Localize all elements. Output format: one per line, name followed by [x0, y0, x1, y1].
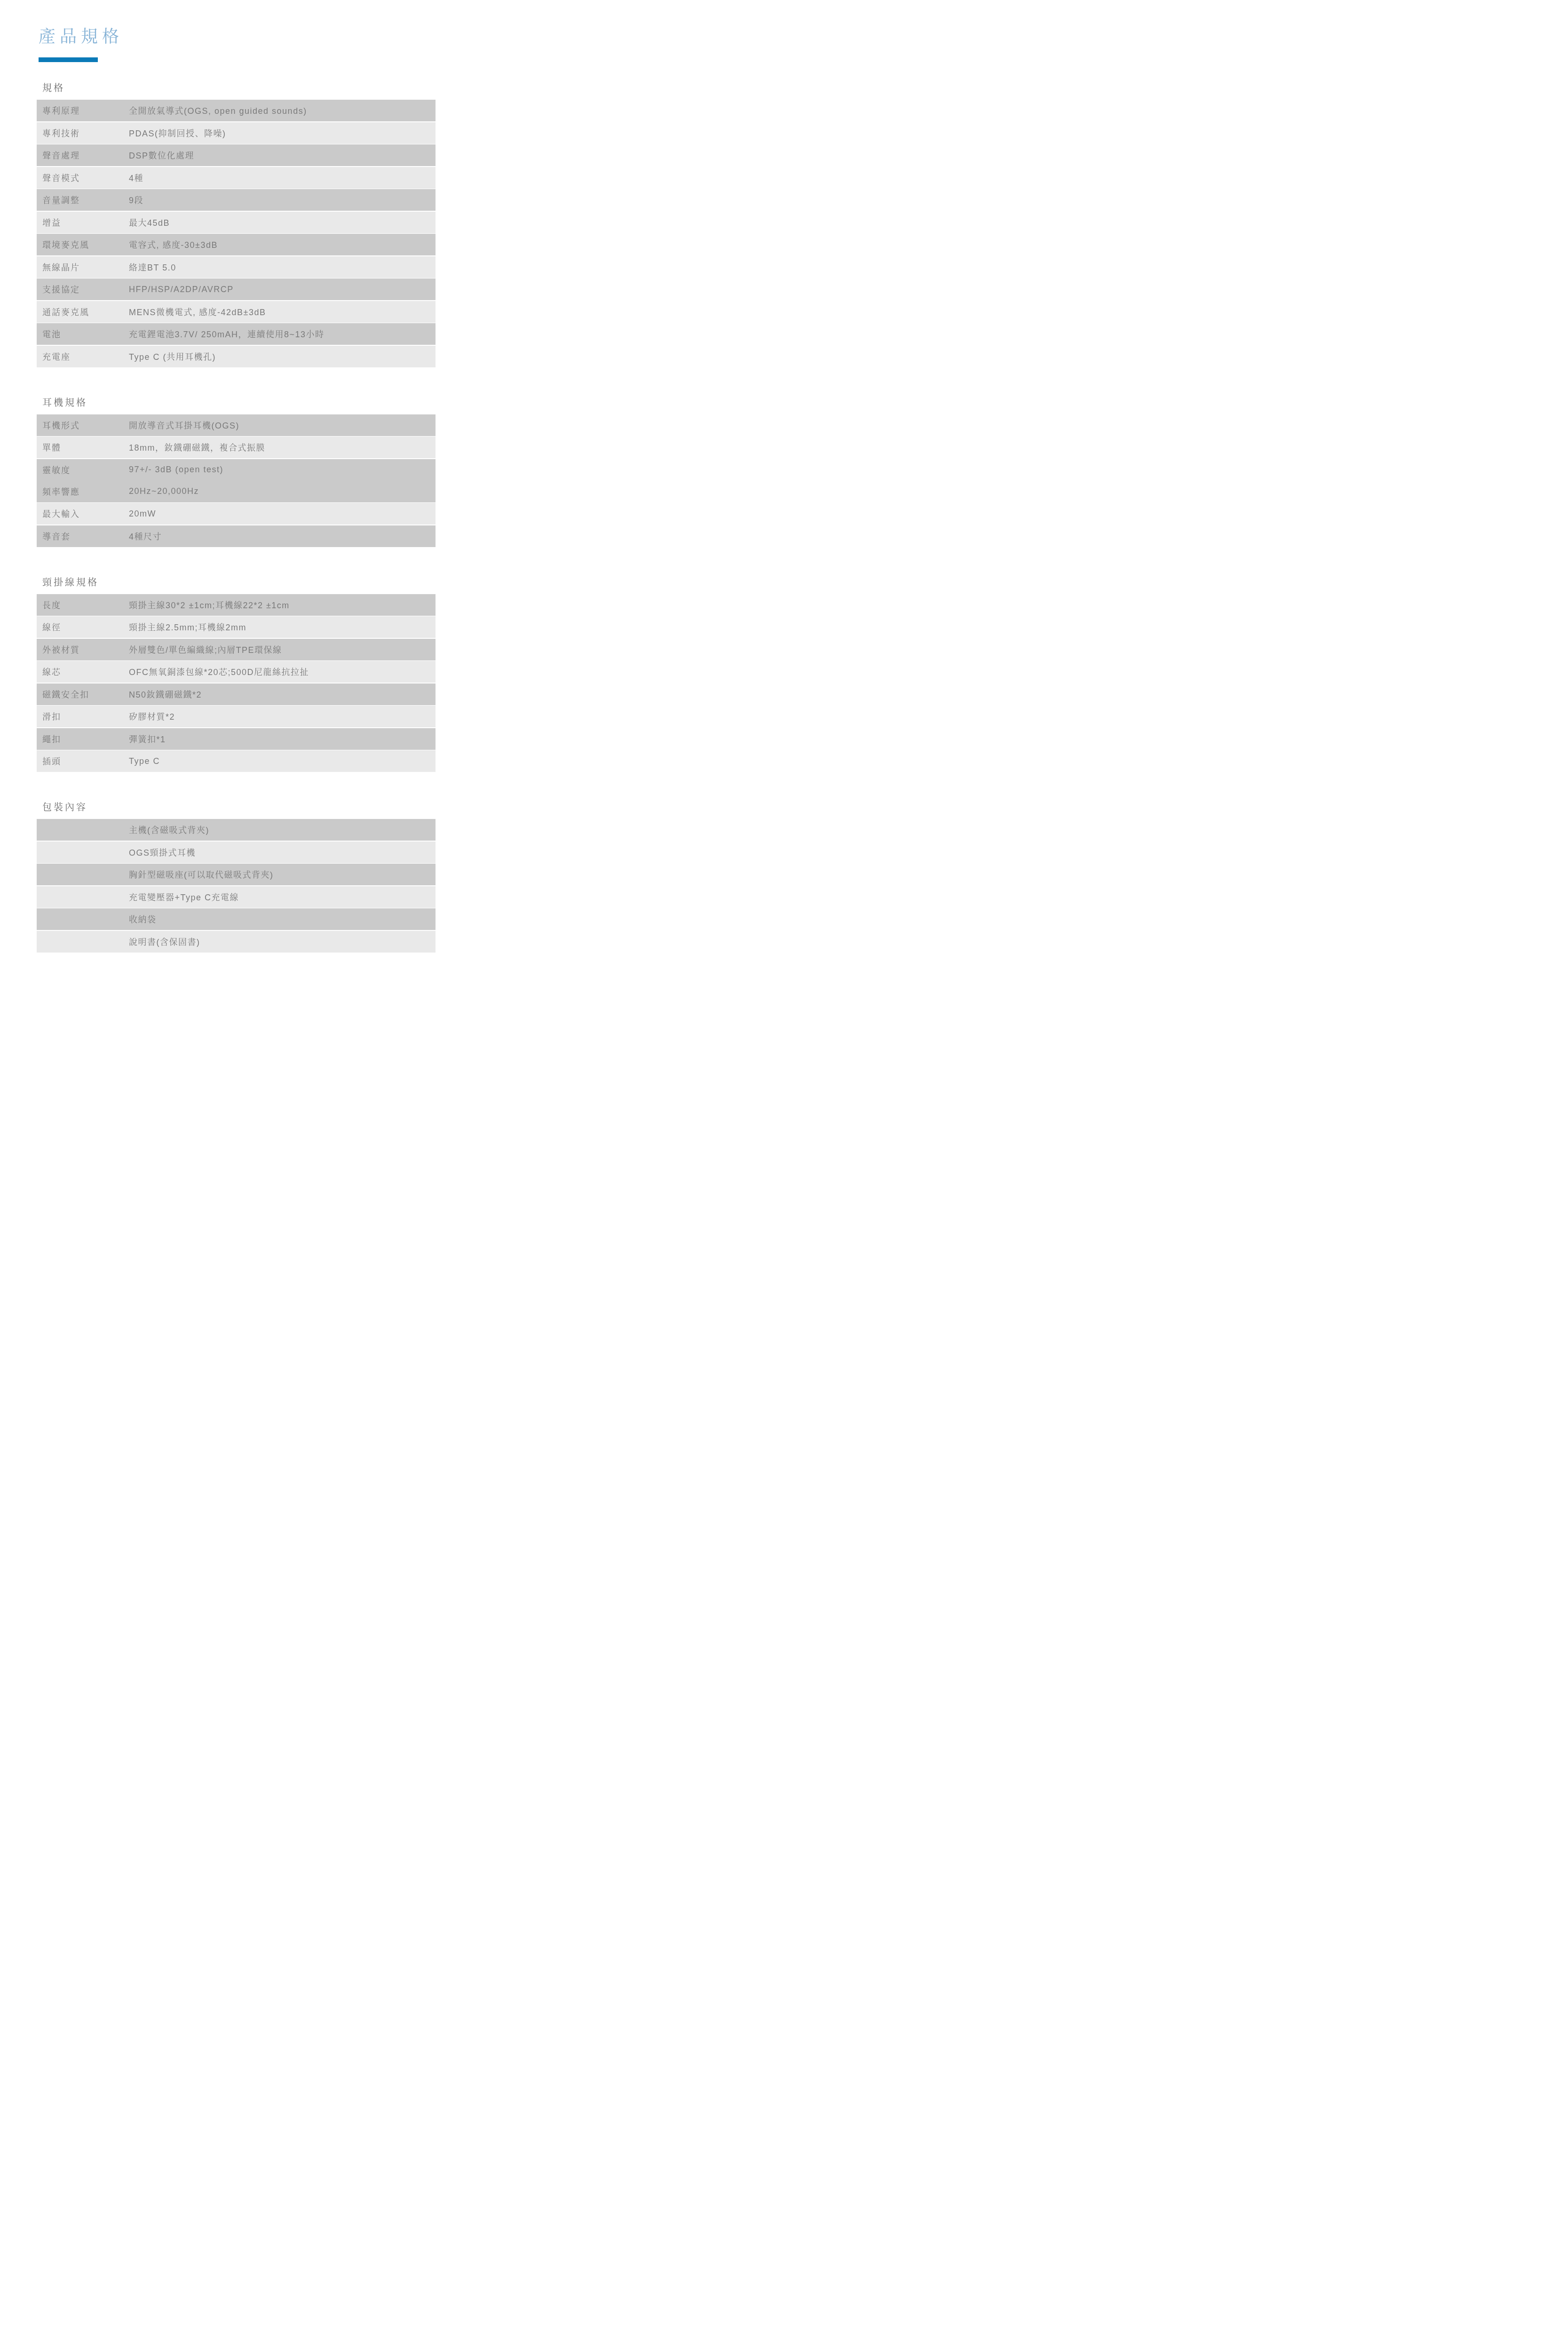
row-value: DSP數位化處理	[129, 149, 436, 161]
row-label: 頻率響應	[37, 485, 129, 498]
row-value: 外層雙色/單色編織線;內層TPE環保線	[129, 644, 436, 656]
row-value: 頸掛主線2.5mm;耳機線2mm	[129, 621, 436, 633]
row-label: 外被材質	[37, 644, 129, 656]
table-row: OGS頸掛式耳機	[37, 842, 436, 863]
row-value: 97+/- 3dB (open test)	[129, 465, 436, 475]
table-row: 音量調整9段	[37, 189, 436, 211]
row-value: Type C (共用耳機孔)	[129, 350, 436, 363]
row-label: 電池	[37, 328, 129, 340]
table-row: 專利原理全開放氣導式(OGS, open guided sounds)	[37, 100, 436, 121]
table-row: 說明書(含保固書)	[37, 931, 436, 953]
table-row: 專利技術PDAS(抑制回授、降噪)	[37, 122, 436, 144]
row-value: 彈簧扣*1	[129, 733, 436, 745]
row-label: 滑扣	[37, 710, 129, 723]
table-row: 無線晶片絡達BT 5.0	[37, 256, 436, 278]
section-heading: 包裝內容	[42, 802, 470, 813]
table-row: 最大輸入20mW	[37, 503, 436, 524]
table-row: 環境麥克風電容式, 感度-30±3dB	[37, 234, 436, 255]
spec-section: 耳機規格 耳機形式開放導音式耳掛耳機(OGS)單體18mm，釹鐵硼磁鐵，複合式振…	[0, 397, 470, 547]
row-label: 靈敏度	[37, 464, 129, 476]
row-value: 電容式, 感度-30±3dB	[129, 238, 436, 251]
spec-section: 頸掛線規格 長度頸掛主線30*2 ±1cm;耳機線22*2 ±1cm線徑頸掛主線…	[0, 577, 470, 772]
spec-table: 專利原理全開放氣導式(OGS, open guided sounds)專利技術P…	[37, 100, 436, 367]
row-value: 矽膠材質*2	[129, 710, 436, 723]
table-row: 單體18mm，釹鐵硼磁鐵，複合式振膜	[37, 437, 436, 458]
table-row: 聲音處理DSP數位化處理	[37, 144, 436, 166]
row-label: 線芯	[37, 666, 129, 678]
row-value: 最大45dB	[129, 216, 436, 229]
row-label: 插頭	[37, 755, 129, 767]
table-row: 聲音模式4種	[37, 167, 436, 189]
table-row: 線徑頸掛主線2.5mm;耳機線2mm	[37, 616, 436, 638]
row-value: 全開放氣導式(OGS, open guided sounds)	[129, 104, 436, 117]
row-value: 充電鋰電池3.7V/ 250mAH，連續使用8~13小時	[129, 328, 436, 340]
table-row: 充電變壓器+Type C充電線	[37, 886, 436, 908]
table-row: 主機(含磁吸式背夾)	[37, 819, 436, 841]
spec-table: 主機(含磁吸式背夾)OGS頸掛式耳機胸針型磁吸座(可以取代磁吸式背夾)充電變壓器…	[37, 819, 436, 953]
row-label: 環境麥克風	[37, 238, 129, 251]
row-value: OFC無氧銅漆包線*20芯;500D尼龍絲抗拉扯	[129, 666, 436, 678]
row-label: 通話麥克風	[37, 306, 129, 318]
row-value: OGS頸掛式耳機	[129, 846, 436, 858]
spec-table: 耳機形式開放導音式耳掛耳機(OGS)單體18mm，釹鐵硼磁鐵，複合式振膜靈敏度9…	[37, 414, 436, 547]
table-row: 繩扣彈簧扣*1	[37, 728, 436, 750]
row-value: PDAS(抑制回授、降噪)	[129, 127, 436, 139]
row-value: 絡達BT 5.0	[129, 261, 436, 273]
section-heading: 耳機規格	[42, 397, 470, 409]
row-label: 支援協定	[37, 283, 129, 295]
row-value: 20mW	[129, 509, 436, 519]
row-value: 說明書(含保固書)	[129, 936, 436, 948]
row-value: 胸針型磁吸座(可以取代磁吸式背夾)	[129, 868, 436, 881]
row-label: 無線晶片	[37, 261, 129, 273]
table-row: 增益最大45dB	[37, 212, 436, 233]
row-value: 4種尺寸	[129, 530, 436, 542]
row-label: 聲音處理	[37, 149, 129, 161]
table-row: 胸針型磁吸座(可以取代磁吸式背夾)	[37, 864, 436, 885]
table-row: 插頭Type C	[37, 750, 436, 772]
table-row: 長度頸掛主線30*2 ±1cm;耳機線22*2 ±1cm	[37, 594, 436, 616]
row-label: 長度	[37, 599, 129, 611]
title-underline-bar	[39, 57, 98, 62]
table-row: 導音套4種尺寸	[37, 525, 436, 547]
page-title: 產品規格	[39, 0, 470, 47]
row-label: 線徑	[37, 621, 129, 633]
row-label: 增益	[37, 216, 129, 229]
row-label: 專利技術	[37, 127, 129, 139]
table-row: 收納袋	[37, 908, 436, 930]
table-row: 靈敏度97+/- 3dB (open test)	[37, 459, 436, 481]
row-value: 主機(含磁吸式背夾)	[129, 824, 436, 836]
row-value: MENS微機電式, 感度-42dB±3dB	[129, 306, 436, 318]
row-value: Type C	[129, 756, 436, 766]
row-value: N50釹鐵硼磁鐵*2	[129, 688, 436, 700]
row-label: 專利原理	[37, 104, 129, 117]
table-row: 滑扣矽膠材質*2	[37, 706, 436, 727]
row-value: 充電變壓器+Type C充電線	[129, 891, 436, 903]
row-label: 最大輸入	[37, 508, 129, 520]
spec-sections: 規格 專利原理全開放氣導式(OGS, open guided sounds)專利…	[0, 83, 470, 953]
row-label: 充電座	[37, 350, 129, 363]
table-row: 充電座Type C (共用耳機孔)	[37, 346, 436, 367]
table-row: 外被材質外層雙色/單色編織線;內層TPE環保線	[37, 639, 436, 660]
table-row: 磁鐵安全扣N50釹鐵硼磁鐵*2	[37, 683, 436, 705]
row-label: 音量調整	[37, 194, 129, 206]
row-label: 磁鐵安全扣	[37, 688, 129, 700]
row-label: 導音套	[37, 530, 129, 542]
table-row: 線芯OFC無氧銅漆包線*20芯;500D尼龍絲抗拉扯	[37, 661, 436, 683]
row-label: 單體	[37, 441, 129, 453]
spec-section: 包裝內容 主機(含磁吸式背夾)OGS頸掛式耳機胸針型磁吸座(可以取代磁吸式背夾)…	[0, 802, 470, 953]
row-value: 20Hz~20,000Hz	[129, 486, 436, 496]
spec-table: 長度頸掛主線30*2 ±1cm;耳機線22*2 ±1cm線徑頸掛主線2.5mm;…	[37, 594, 436, 772]
row-value: 18mm，釹鐵硼磁鐵，複合式振膜	[129, 441, 436, 453]
table-row: 支援協定HFP/HSP/A2DP/AVRCP	[37, 278, 436, 300]
section-heading: 規格	[42, 83, 470, 94]
row-value: 9段	[129, 194, 436, 206]
row-value: 4種	[129, 172, 436, 184]
table-row: 頻率響應20Hz~20,000Hz	[37, 481, 436, 502]
spec-section: 規格 專利原理全開放氣導式(OGS, open guided sounds)專利…	[0, 83, 470, 367]
section-heading: 頸掛線規格	[42, 577, 470, 588]
product-spec-page: 產品規格 規格 專利原理全開放氣導式(OGS, open guided soun…	[0, 0, 470, 983]
row-label: 耳機形式	[37, 419, 129, 431]
table-row: 耳機形式開放導音式耳掛耳機(OGS)	[37, 414, 436, 436]
table-row: 通話麥克風MENS微機電式, 感度-42dB±3dB	[37, 301, 436, 323]
row-value: HFP/HSP/A2DP/AVRCP	[129, 285, 436, 294]
row-label: 聲音模式	[37, 172, 129, 184]
row-value: 收納袋	[129, 913, 436, 925]
table-row: 電池充電鋰電池3.7V/ 250mAH，連續使用8~13小時	[37, 323, 436, 345]
row-value: 開放導音式耳掛耳機(OGS)	[129, 419, 436, 431]
row-label: 繩扣	[37, 733, 129, 745]
row-value: 頸掛主線30*2 ±1cm;耳機線22*2 ±1cm	[129, 599, 436, 611]
